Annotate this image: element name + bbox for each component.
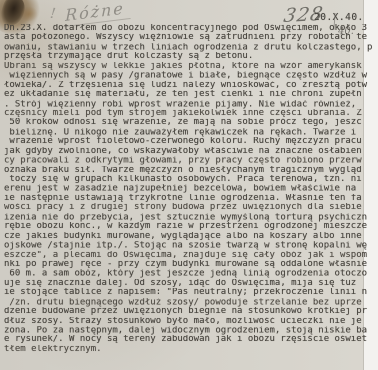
text-line: eż układanie się materiału, że ten jest … (4, 90, 376, 99)
text-line: tłem elektrycznym. (4, 345, 376, 354)
text-line: ojskowe /stajnie itp./. Stojąc na szosie… (4, 241, 376, 250)
text-line: erenu jest w zasadzie najzupełniej bezce… (4, 185, 376, 194)
text-line: więziennych są w pasy /granatowe i białe… (4, 71, 376, 80)
text-line: ie następnie ustawiają trzykrotne linie … (4, 194, 376, 203)
text-line: uje się znacznie dalej. Od szosy, idąc d… (4, 279, 376, 288)
text-line: . Strój więzienny robi wprost wrażenie p… (4, 100, 376, 109)
text-line: przęsła trzymające drut kolczasty są z b… (4, 52, 376, 61)
text-line: wości pracy i z drugiej strony budowa pr… (4, 203, 376, 212)
text-line: dzenie budowane przez uwięzionych biegni… (4, 307, 376, 316)
text-line: rębie obozu konc., w każdym razie w prze… (4, 222, 376, 231)
text-line: 50 kroków odnosi się wrażenie, że mają n… (4, 118, 376, 127)
scanned-document-page: ! Różne 328 20.X.40. 40. Dn.23.X. dotarł… (0, 0, 378, 370)
text-line: częśnicy mieli pod tym strojem jakiekolw… (4, 109, 376, 118)
text-line: nki po prawej ręce - przy czym budynki m… (4, 260, 376, 269)
text-line: dłuż szosy. Straży stosunkowo było mało,… (4, 317, 376, 326)
text-line: cy pracowali z odkrytymi głowami, przy p… (4, 156, 376, 165)
text-line: Dn.23.X. dotarłem do obozu koncentracyjn… (4, 24, 376, 33)
text-line: izenia nie do przebycia, jest sztucznie … (4, 213, 376, 222)
document-text: Dn.23.X. dotarłem do obozu koncentracyjn… (4, 24, 376, 354)
text-line: eszcze", a plecami do Oświęcima, znajduj… (4, 251, 376, 260)
text-line: owaniu, stawianiu w trzech liniach ogrod… (4, 43, 376, 52)
text-line: e rysunek/. W nocy są tereny zabudowań j… (4, 335, 376, 344)
text-line: zona. Po za następnym, dalej widocznym o… (4, 326, 376, 335)
text-line: asta położonego. Wszyscy więźniowie są z… (4, 33, 376, 42)
text-line: wrażenie wprost fioletowo-czerwonego kol… (4, 137, 376, 146)
text-line: bieliznę. U nikogo nie zauważyłem rękawi… (4, 128, 376, 137)
typed-date: 20.X.40. (314, 12, 364, 23)
text-line: jak gdyby zwolnione, co wskazywałoby wła… (4, 147, 376, 156)
text-line: 60 m. a sam obóz, który jest jeszcze jed… (4, 270, 376, 279)
text-line: Ubrani są wszyscy w lekkie jakieś płótna… (4, 62, 376, 71)
text-line: ie stojące tablice z napisem: "Pas neutr… (4, 288, 376, 297)
text-line: /zn. drutu biegnącego wzdłuż szosy/ powo… (4, 298, 376, 307)
text-line: oznaka braku sił. Twarze mężczyzn o nies… (4, 166, 376, 175)
text-line: cze jakieś budynki murowane, wyglądające… (4, 232, 376, 241)
text-line: łowieka/. Z trzęsienia się ludzi należy … (4, 81, 376, 90)
text-line: toczy się w grupach kilkunasto osobowych… (4, 175, 376, 184)
